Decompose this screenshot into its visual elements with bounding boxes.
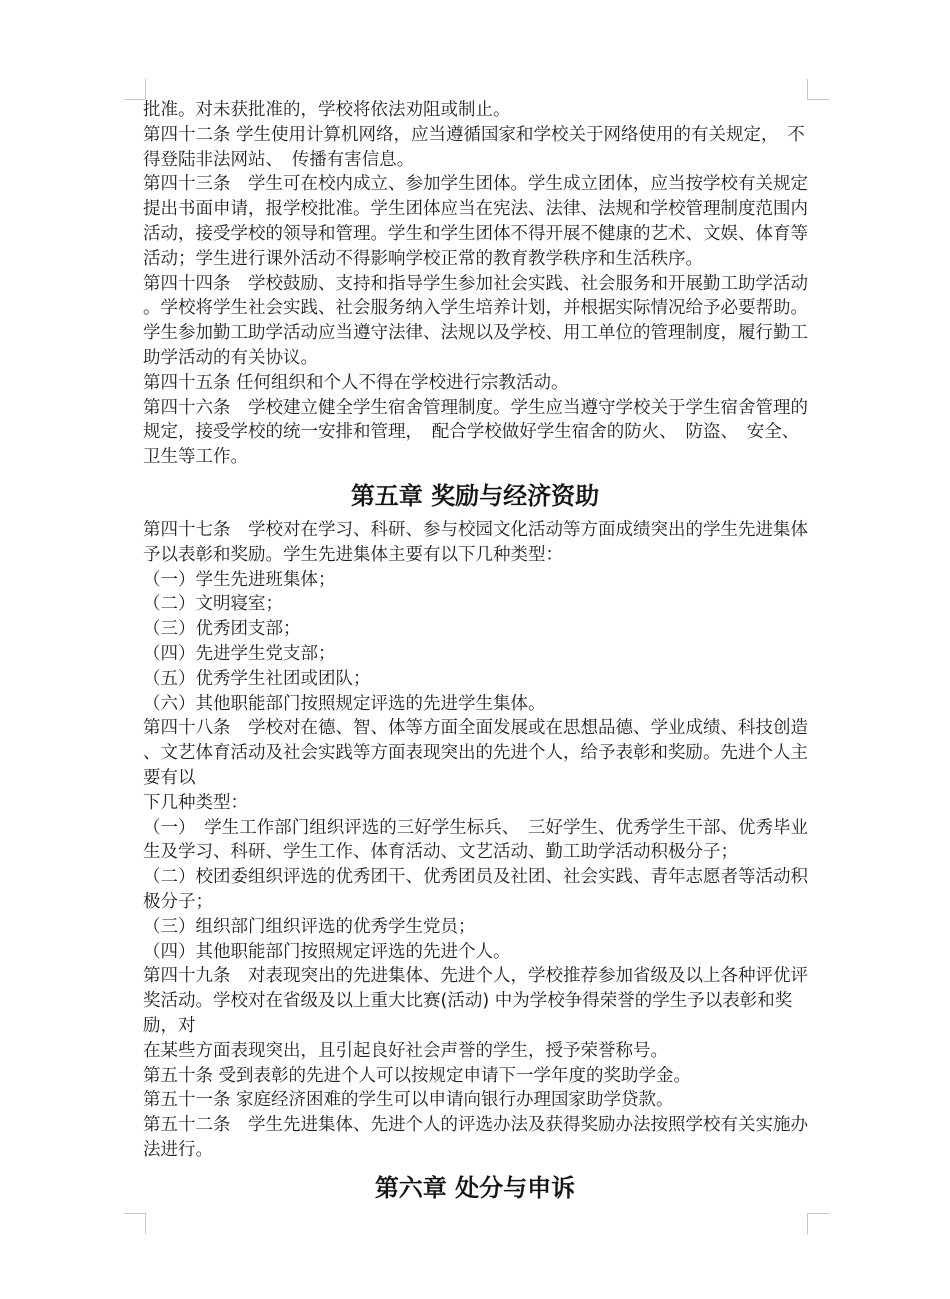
text-line: （四）其他职能部门按照规定评选的先进个人。 <box>143 940 815 965</box>
text-line: 极分子； <box>143 890 815 915</box>
chapter-6-heading: 第六章 处分与申诉 <box>0 1175 950 1201</box>
text-line: 第四十八条 学校对在德、智、体等方面全面发展或在思想品德、学业成绩、科技创造 <box>143 716 815 741</box>
text-line: 第四十六条 学校建立健全学生宿舍管理制度。学生应当遵守学校关于学生宿舍管理的 <box>143 396 815 421</box>
text-line: 提出书面申请，报学校批准。学生团体应当在宪法、法律、法规和学校管理制度范围内 <box>143 197 815 222</box>
text-line: 规定，接受学校的统一安排和管理， 配合学校做好学生宿舍的防火、 防盗、 安全、 <box>143 420 815 445</box>
text-line: 要有以 <box>143 766 815 791</box>
text-line: 卫生等工作。 <box>143 445 815 470</box>
text-line: 奖活动。学校对在省级及以上重大比赛(活动) 中为学校争得荣誉的学生予以表彰和奖 <box>143 989 815 1014</box>
text-line: （二）文明寝室； <box>143 592 815 617</box>
text-line: 第四十二条 学生使用计算机网络，应当遵循国家和学校关于网络使用的有关规定， 不 <box>143 123 815 148</box>
text-line: （四）先进学生党支部； <box>143 642 815 667</box>
text-line: 下几种类型： <box>143 791 815 816</box>
text-line: 第五十二条 学生先进集体、先进个人的评选办法及获得奖励办法按照学校有关实施办 <box>143 1113 815 1138</box>
text-line: 励，对 <box>143 1014 815 1039</box>
text-line: 法进行。 <box>143 1138 815 1163</box>
text-line: 予以表彰和奖励。学生先进集体主要有以下几种类型： <box>143 543 815 568</box>
text-line: 学生参加勤工助学活动应当遵守法律、法规以及学校、用工单位的管理制度，履行勤工 <box>143 321 815 346</box>
text-line: 活动；学生进行课外活动不得影响学校正常的教育教学秩序和生活秩序。 <box>143 247 815 272</box>
text-line: 第四十七条 学校对在学习、科研、参与校园文化活动等方面成绩突出的学生先进集体 <box>143 518 815 543</box>
text-line: 第四十五条 任何组织和个人不得在学校进行宗教活动。 <box>143 371 815 396</box>
margin-mark-bottom-right <box>807 1213 829 1234</box>
text-line: （五）优秀学生社团或团队； <box>143 667 815 692</box>
text-line: 生及学习、科研、学生工作、体育活动、文艺活动、勤工助学活动积极分子； <box>143 840 815 865</box>
text-line: （一） 学生工作部门组织评选的三好学生标兵、 三好学生、优秀学生干部、优秀毕业 <box>143 816 815 841</box>
chapter-5-heading: 第五章 奖励与经济资助 <box>0 483 950 509</box>
body-text-block-chapter4: 批准。对未获批准的，学校将依法劝阻或制止。第四十二条 学生使用计算机网络，应当遵… <box>143 98 815 470</box>
text-line: （三）优秀团支部； <box>143 617 815 642</box>
margin-mark-bottom-left <box>124 1213 146 1234</box>
text-line: 助学活动的有关协议。 <box>143 346 815 371</box>
text-line: （一）学生先进班集体； <box>143 568 815 593</box>
text-line: 得登陆非法网站、 传播有害信息。 <box>143 148 815 173</box>
text-line: 第五十条 受到表彰的先进个人可以按规定申请下一学年度的奖助学金。 <box>143 1064 815 1089</box>
text-line: 第四十三条 学生可在校内成立、参加学生团体。学生成立团体，应当按学校有关规定 <box>143 172 815 197</box>
text-line: 、文艺体育活动及社会实践等方面表现突出的先进个人，给予表彰和奖励。先进个人主 <box>143 741 815 766</box>
text-line: 批准。对未获批准的，学校将依法劝阻或制止。 <box>143 98 815 123</box>
text-line: 第五十一条 家庭经济困难的学生可以申请向银行办理国家助学贷款。 <box>143 1088 815 1113</box>
text-line: 在某些方面表现突出，且引起良好社会声誉的学生，授予荣誉称号。 <box>143 1039 815 1064</box>
text-line: （二）校团委组织评选的优秀团干、优秀团员及社团、社会实践、青年志愿者等活动积 <box>143 865 815 890</box>
body-text-block-chapter5: 第四十七条 学校对在学习、科研、参与校园文化活动等方面成绩突出的学生先进集体予以… <box>143 518 815 1163</box>
text-line: 活动，接受学校的领导和管理。学生和学生团体不得开展不健康的艺术、文娱、体育等 <box>143 222 815 247</box>
text-line: 第四十四条 学校鼓励、支持和指导学生参加社会实践、社会服务和开展勤工助学活动 <box>143 272 815 297</box>
text-line: （三）组织部门组织评选的优秀学生党员； <box>143 915 815 940</box>
document-page: 批准。对未获批准的，学校将依法劝阻或制止。第四十二条 学生使用计算机网络，应当遵… <box>0 0 950 1299</box>
text-line: 第四十九条 对表现突出的先进集体、先进个人，学校推荐参加省级及以上各种评优评 <box>143 964 815 989</box>
text-line: 。学校将学生社会实践、社会服务纳入学生培养计划，并根据实际情况给予必要帮助。 <box>143 296 815 321</box>
margin-mark-top-left <box>124 79 146 100</box>
text-line: （六）其他职能部门按照规定评选的先进学生集体。 <box>143 692 815 717</box>
margin-mark-top-right <box>807 79 829 100</box>
